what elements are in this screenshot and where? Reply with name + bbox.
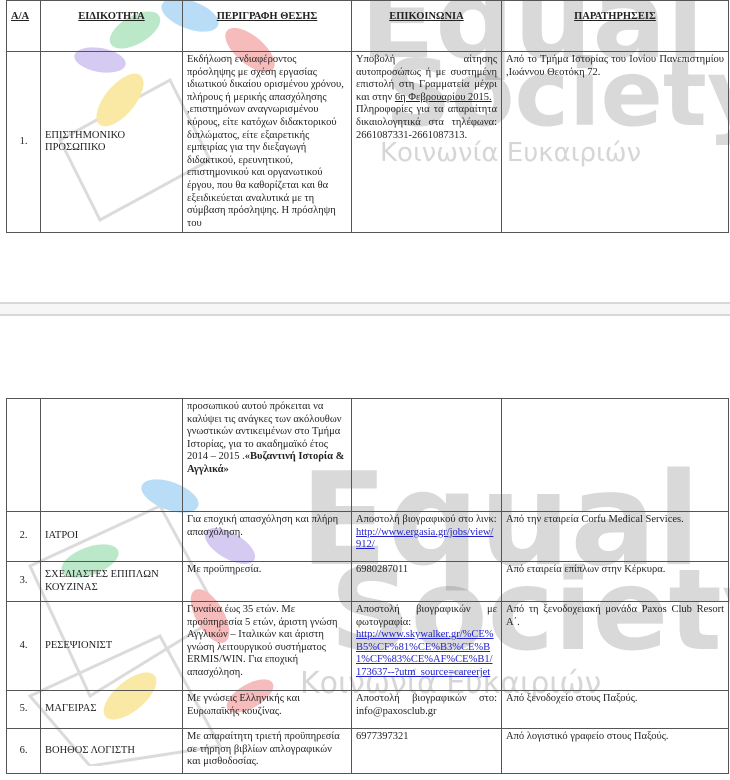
row-specialty: ΣΧΕΔΙΑΣΤΕΣ ΕΠΙΠΛΩΝ ΚΟΥΖΙΝΑΣ <box>41 562 183 602</box>
page-separator <box>0 302 730 316</box>
contact-link[interactable]: http://www.skywalker.gr/%CE%B5%CF%81%CE%… <box>356 629 494 678</box>
contact-info: Πληροφορίες για τα απαραίτητα δικαιολογη… <box>356 104 497 140</box>
table-row: 6. ΒΟΗΘΟΣ ΛΟΓΙΣΤΗ Με απαραίτητη τριετή π… <box>7 729 729 774</box>
row-notes: Από εταιρεία επίπλων στην Κέρκυρα. <box>502 562 729 602</box>
row-number: 3. <box>7 562 41 602</box>
row-contact: Αποστολή βιογραφικού στο λινκ: http://ww… <box>352 512 502 562</box>
row-contact: 6977397321 <box>352 729 502 774</box>
table-row: 4. ΡΕΣΕΨΙΟΝΙΣΤ Γυναίκα έως 35 ετών. Με π… <box>7 602 729 691</box>
row-number: 2. <box>7 512 41 562</box>
row-description: Για εποχική απασχόληση και πλήρη απασχόλ… <box>183 512 352 562</box>
row-contact: 6980287011 <box>352 562 502 602</box>
jobs-table-page-2: προσωπικού αυτού πρόκειται να καλύψει τι… <box>6 398 729 774</box>
document-page-1: Equal Society Κοινωνία Ευκαιριών Α/Α ΕΙΔ… <box>0 0 730 302</box>
header-specialty: ΕΙΔΙΚΟΤΗΤΑ <box>41 1 183 52</box>
header-aa: Α/Α <box>7 1 41 52</box>
row-description: Γυναίκα έως 35 ετών. Με προϋπηρεσία 5 ετ… <box>183 602 352 691</box>
document-page-2: Equal Society Κοινωνία Ευκαιριών προσωπι… <box>0 316 730 780</box>
table-row-continued: προσωπικού αυτού πρόκειται να καλύψει τι… <box>7 399 729 512</box>
row-notes-empty <box>502 399 729 512</box>
row-contact: Υποβολή αίτησης αυτοπροσώπως ή με συστημ… <box>352 52 502 233</box>
row-specialty: ΜΑΓΕΙΡΑΣ <box>41 691 183 729</box>
row-specialty: ΕΠΙΣΤΗΜΟΝΙΚΟ ΠΡΟΣΩΠΙΚΟ <box>41 52 183 233</box>
row-specialty: ΙΑΤΡΟΙ <box>41 512 183 562</box>
row-notes: Από λογιστικό γραφείο στους Παξούς. <box>502 729 729 774</box>
row-description-continued: προσωπικού αυτού πρόκειται να καλύψει τι… <box>183 399 352 512</box>
row-contact-empty <box>352 399 502 512</box>
row-description: Με προϋπηρεσία. <box>183 562 352 602</box>
row-contact: Αποστολή βιογραφικών στο: info@paxosclub… <box>352 691 502 729</box>
row-notes: Από την εταιρεία Corfu Medical Services. <box>502 512 729 562</box>
row-description: Με γνώσεις Ελληνικής και Ευρωπαϊκής κουζ… <box>183 691 352 729</box>
header-contact: ΕΠΙΚΟΙΝΩΝΙΑ <box>352 1 502 52</box>
row-contact: Αποστολή βιογραφικών με φωτογραφία: http… <box>352 602 502 691</box>
header-description: ΠΕΡΙΓΡΑΦΗ ΘΕΣΗΣ <box>183 1 352 52</box>
table-row: 3. ΣΧΕΔΙΑΣΤΕΣ ΕΠΙΠΛΩΝ ΚΟΥΖΙΝΑΣ Με προϋπη… <box>7 562 729 602</box>
row-number: 1. <box>7 52 41 233</box>
contact-link[interactable]: http://www.ergasia.gr/jobs/view/912/ <box>356 527 493 551</box>
table-row: 2. ΙΑΤΡΟΙ Για εποχική απασχόληση και πλή… <box>7 512 729 562</box>
row-description: Εκδήλωση ενδιαφέροντος πρόσληψης με σχέσ… <box>183 52 352 233</box>
row-notes: Από το Τμήμα Ιστορίας του Ιονίου Πανεπισ… <box>502 52 729 233</box>
contact-deadline: 6η Φεβρουαρίου 2015. <box>395 92 492 103</box>
table-header-row: Α/Α ΕΙΔΙΚΟΤΗΤΑ ΠΕΡΙΓΡΑΦΗ ΘΕΣΗΣ ΕΠΙΚΟΙΝΩΝ… <box>7 1 729 52</box>
row-number: 5. <box>7 691 41 729</box>
row-number: 6. <box>7 729 41 774</box>
row-specialty: ΒΟΗΘΟΣ ΛΟΓΙΣΤΗ <box>41 729 183 774</box>
contact-text: Αποστολή βιογραφικών με φωτογραφία: <box>356 604 497 628</box>
contact-text: Αποστολή βιογραφικού στο λινκ: <box>356 514 497 525</box>
row-notes: Από ξενοδοχείο στους Παξούς. <box>502 691 729 729</box>
table-row: 5. ΜΑΓΕΙΡΑΣ Με γνώσεις Ελληνικής και Ευρ… <box>7 691 729 729</box>
row-specialty-empty <box>41 399 183 512</box>
row-notes: Από τη ξενοδοχειακή μονάδα Paxos Club Re… <box>502 602 729 691</box>
jobs-table-page-1: Α/Α ΕΙΔΙΚΟΤΗΤΑ ΠΕΡΙΓΡΑΦΗ ΘΕΣΗΣ ΕΠΙΚΟΙΝΩΝ… <box>6 0 729 233</box>
row-number-empty <box>7 399 41 512</box>
header-notes: ΠΑΡΑΤΗΡΗΣΕΙΣ <box>502 1 729 52</box>
row-description: Με απαραίτητη τριετή προϋπηρεσία σε τήρη… <box>183 729 352 774</box>
table-row: 1. ΕΠΙΣΤΗΜΟΝΙΚΟ ΠΡΟΣΩΠΙΚΟ Εκδήλωση ενδια… <box>7 52 729 233</box>
row-number: 4. <box>7 602 41 691</box>
row-specialty: ΡΕΣΕΨΙΟΝΙΣΤ <box>41 602 183 691</box>
